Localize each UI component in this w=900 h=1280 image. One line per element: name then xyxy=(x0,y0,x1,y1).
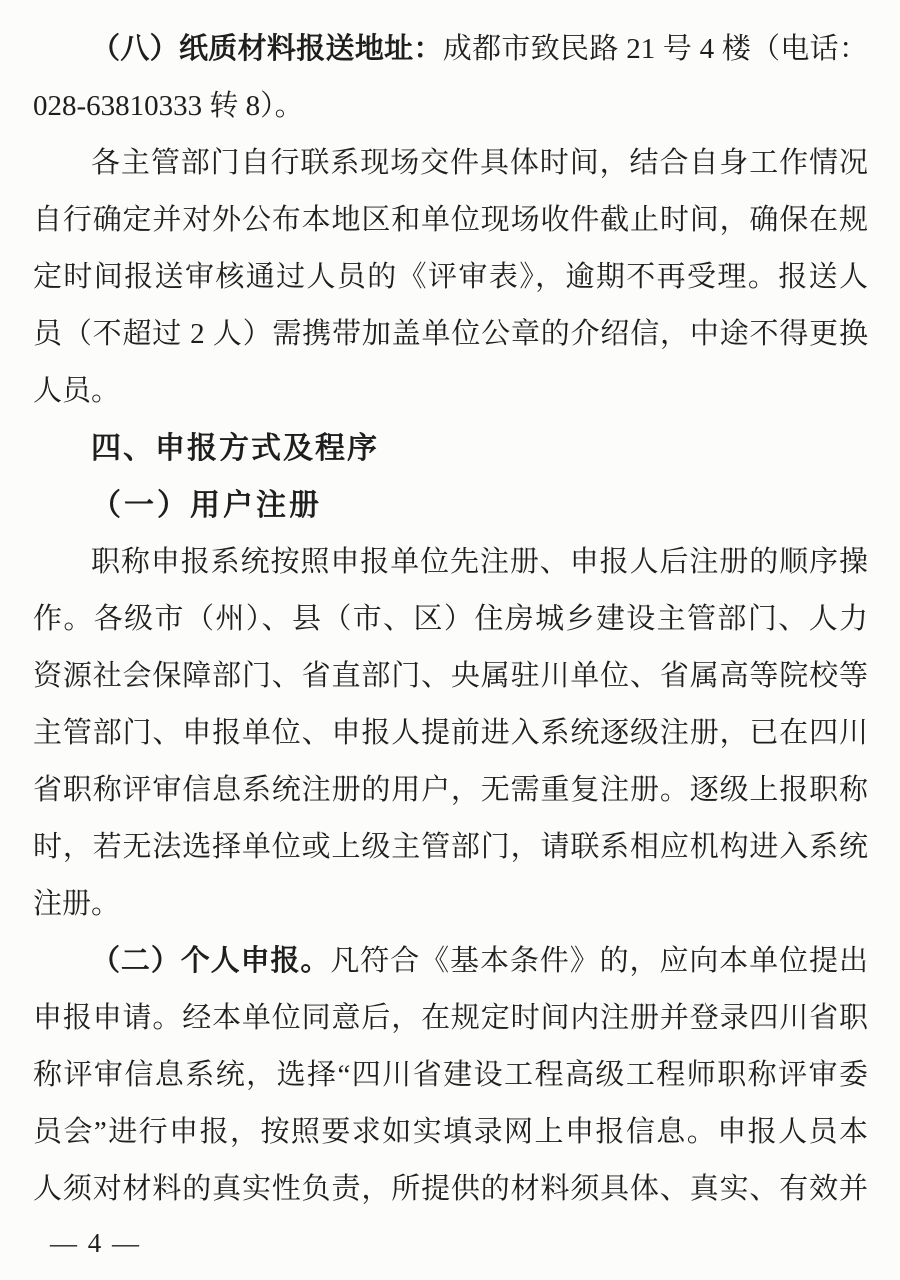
text-line: 各主管部门自行联系现场交件具体时间，结合自身工作情况 xyxy=(33,135,868,192)
text-line: 定时间报送审核通过人员的《评审表》，逾期不再受理。报送人 xyxy=(33,249,868,306)
text-line: 称评审信息系统，选择“四川省建设工程高级工程师职称评审委 xyxy=(33,1047,868,1104)
page-number: — 4 — xyxy=(33,1221,868,1265)
text-line: 自行确定并对外公布本地区和单位现场收件截止时间，确保在规 xyxy=(33,192,868,249)
text-line: 人须对材料的真实性负责，所提供的材料须具体、真实、有效并 xyxy=(33,1161,868,1218)
text-line: 注册。 xyxy=(33,876,868,933)
text-line: 028-63810333 转 8）。 xyxy=(33,78,868,135)
line-text: 成都市致民路 21 号 4 楼（电话： xyxy=(443,33,868,65)
clause-8-label: （八）纸质材料报送地址： xyxy=(91,33,443,65)
subsection-heading: （一）用户注册 xyxy=(33,477,868,534)
text-line: 省职称评审信息系统注册的用户，无需重复注册。逐级上报职称 xyxy=(33,762,868,819)
text-line: 申报申请。经本单位同意后，在规定时间内注册并登录四川省职 xyxy=(33,990,868,1047)
text-line: 作。各级市（州）、县（市、区）住房城乡建设主管部门、人力 xyxy=(33,591,868,648)
text-line: （二）个人申报。凡符合《基本条件》的，应向本单位提出 xyxy=(33,933,868,990)
text-line: 职称申报系统按照申报单位先注册、申报人后注册的顺序操 xyxy=(33,534,868,591)
text-line: 时，若无法选择单位或上级主管部门，请联系相应机构进入系统 xyxy=(33,819,868,876)
text-line: 资源社会保障部门、省直部门、央属驻川单位、省属高等院校等 xyxy=(33,648,868,705)
text-line: 员会”进行申报，按照要求如实填录网上申报信息。申报人员本 xyxy=(33,1104,868,1161)
text-line: 人员。 xyxy=(33,363,868,420)
clause-2-label: （二）个人申报。 xyxy=(91,945,330,977)
document-page: （八）纸质材料报送地址：成都市致民路 21 号 4 楼（电话： 028-6381… xyxy=(0,0,900,1280)
line-text: 凡符合《基本条件》的，应向本单位提出 xyxy=(330,945,868,977)
text-line: （八）纸质材料报送地址：成都市致民路 21 号 4 楼（电话： xyxy=(33,21,868,78)
text-line: 员（不超过 2 人）需携带加盖单位公章的介绍信，中途不得更换 xyxy=(33,306,868,363)
text-line: 主管部门、申报单位、申报人提前进入系统逐级注册，已在四川 xyxy=(33,705,868,762)
section-heading: 四、申报方式及程序 xyxy=(33,420,868,477)
